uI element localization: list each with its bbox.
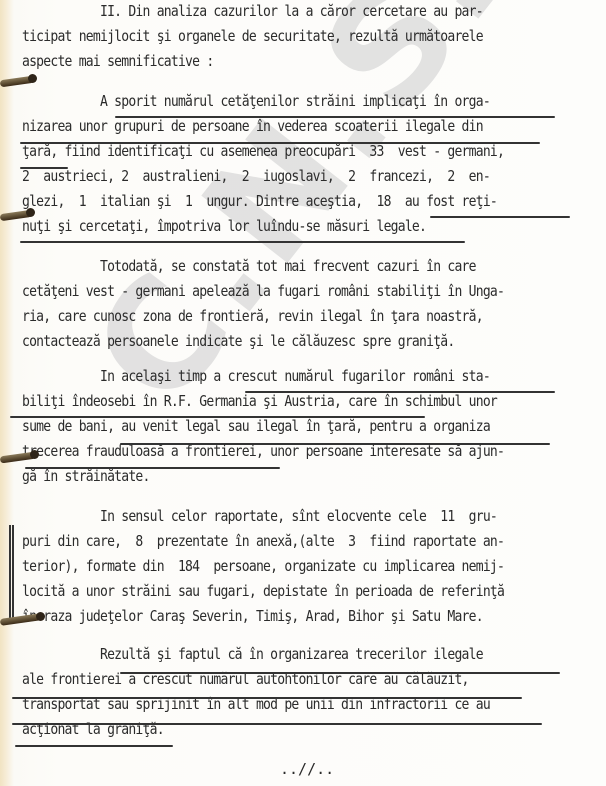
text-line: nizarea unor grupuri de persoane în vede…: [22, 117, 483, 135]
text-line: biliţi îndeosebi în R.F. Germania şi Aus…: [22, 392, 497, 410]
text-line: glezi, 1 italian şi 1 ungur. Dintre aceş…: [22, 192, 497, 210]
text-line: Rezultă şi faptul că în organizarea trec…: [22, 645, 483, 663]
underline-mark: [10, 416, 425, 418]
underline-mark: [25, 467, 280, 469]
text-line: Totodată, se constată tot mai frecvent c…: [22, 257, 476, 275]
underline-mark: [20, 167, 68, 169]
text-line: ticipat nemijlocit şi organele de securi…: [22, 27, 483, 45]
text-line: sume de bani, au venit legal sau ilegal …: [22, 417, 490, 435]
text-line: A sporit numărul cetăţenilor străini imp…: [22, 92, 490, 110]
underline-mark: [120, 672, 560, 674]
text-line: nuţi şi cercetaţi, împotriva lor luîndu-…: [22, 217, 426, 235]
text-line: gă în străinătate.: [22, 467, 150, 485]
document-page: C.N.S.A.S. II. Din analiza cazurilor la …: [0, 0, 606, 786]
text-line: în raza judeţelor Caraş Severin, Timiş, …: [22, 607, 483, 625]
underline-mark: [245, 391, 555, 393]
text-line: In acelaşi timp a crescut numărul fugari…: [22, 367, 490, 385]
page-continuation: ..//..: [280, 760, 334, 778]
text-line: In sensul celor raportate, sînt elocvent…: [22, 507, 497, 525]
margin-mark: [9, 525, 11, 620]
text-line: terior), formate din 184 persoane, organ…: [22, 557, 504, 575]
binding-knot: [28, 74, 37, 83]
binding-knot: [26, 208, 35, 217]
margin-mark: [12, 525, 14, 620]
underline-mark: [12, 723, 542, 725]
text-line: contactează persoanele indicate şi le că…: [22, 332, 454, 350]
underline-mark: [20, 241, 465, 243]
text-line: aspecte mai semnificative :: [22, 52, 213, 70]
text-line: 2 austrieci, 2 australieni, 2 iugoslavi,…: [22, 167, 490, 185]
text-line: ria, care cunosc zona de frontieră, revi…: [22, 307, 483, 325]
binding-knot: [30, 450, 39, 459]
underline-mark: [12, 697, 522, 699]
text-line: trecerea frauduloasă a frontierei, unor …: [22, 442, 504, 460]
text-line: locită a unor străini sau fugari, depist…: [22, 582, 504, 600]
underline-mark: [115, 116, 555, 118]
text-line: puri din care, 8 prezentate în anexă,(al…: [22, 532, 504, 550]
underline-mark: [120, 443, 550, 445]
text-line: cetăţeni vest - germani apelează la fuga…: [22, 282, 504, 300]
underline-mark: [20, 142, 540, 144]
text-line: ţară, fiind identificaţi cu asemenea pre…: [22, 142, 504, 160]
binding-knot: [36, 612, 45, 621]
text-line: II. Din analiza cazurilor la a căror cer…: [22, 2, 483, 20]
underline-mark: [430, 216, 570, 218]
underline-mark: [15, 745, 173, 747]
